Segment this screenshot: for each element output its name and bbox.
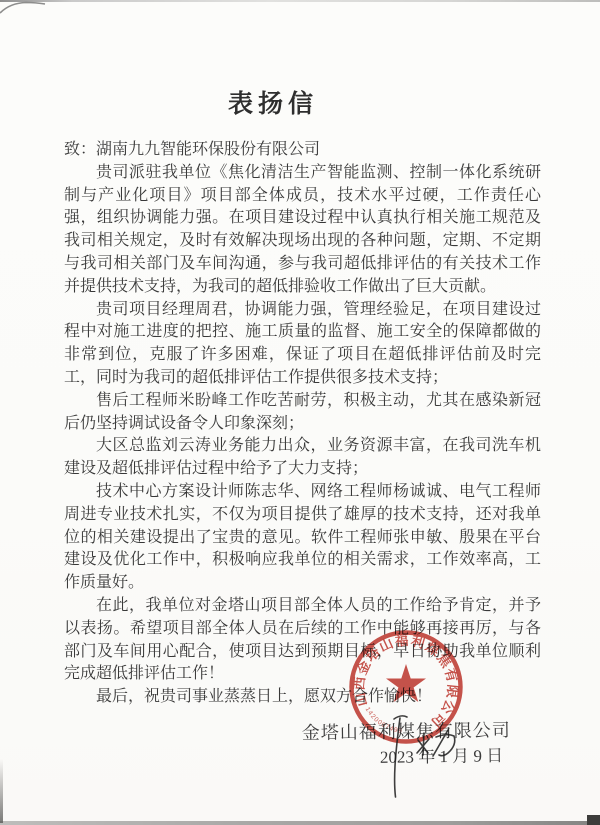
salutation-line: 致：湖南九九智能环保股份有限公司 [64,139,541,162]
scan-artifact-bottom-edge [0,821,600,825]
scanned-letter-page: 表扬信 致：湖南九九智能环保股份有限公司 贵司派驻我单位《焦化清洁生产智能监测、… [0,0,600,825]
handwritten-signature [378,706,488,801]
scan-artifact-corner-curl [0,0,46,16]
letter-body: 致：湖南九九智能环保股份有限公司 贵司派驻我单位《焦化清洁生产智能监测、控制一体… [64,139,541,771]
signature-stroke [423,733,424,755]
letter-paragraph-6: 在此，我单位对金塔山项目部全体人员的工作给予肯定，并予以表扬。希望项目部全体人员… [64,595,541,686]
seal-star-icon [386,664,426,702]
letter-paragraph-1: 贵司派驻我单位《焦化清洁生产智能监测、控制一体化系统研制与产业化项目》项目部全体… [64,162,541,299]
letter-title: 表扬信 [0,84,573,120]
scan-artifact-left-edge [0,759,3,823]
letter-paragraph-3: 售后工程师米盼峰工作吃苦耐劳，积极主动，尤其在感染新冠后仍坚持调试设备令人印象深… [64,390,541,436]
letter-paragraph-5: 技术中心方案设计师陈志华、网络工程师杨诚诚、电气工程师周进专业技术扎实，不仅为项… [64,481,541,595]
signature-stroke [395,718,400,797]
letter-paragraph-2: 贵司项目经理周君，协调能力强，管理经验足，在项目建设过程中对施工进度的把控、施工… [64,299,541,390]
scan-artifact-bottom-right-corner [587,815,600,825]
letter-paragraph-4: 大区总监刘云涛业务能力出众，业务资源丰富，在我司洗车机建设及超低排评估过程中给予… [64,435,541,481]
scan-artifact-top-edge [0,0,600,2]
signature-stroke [433,730,448,756]
